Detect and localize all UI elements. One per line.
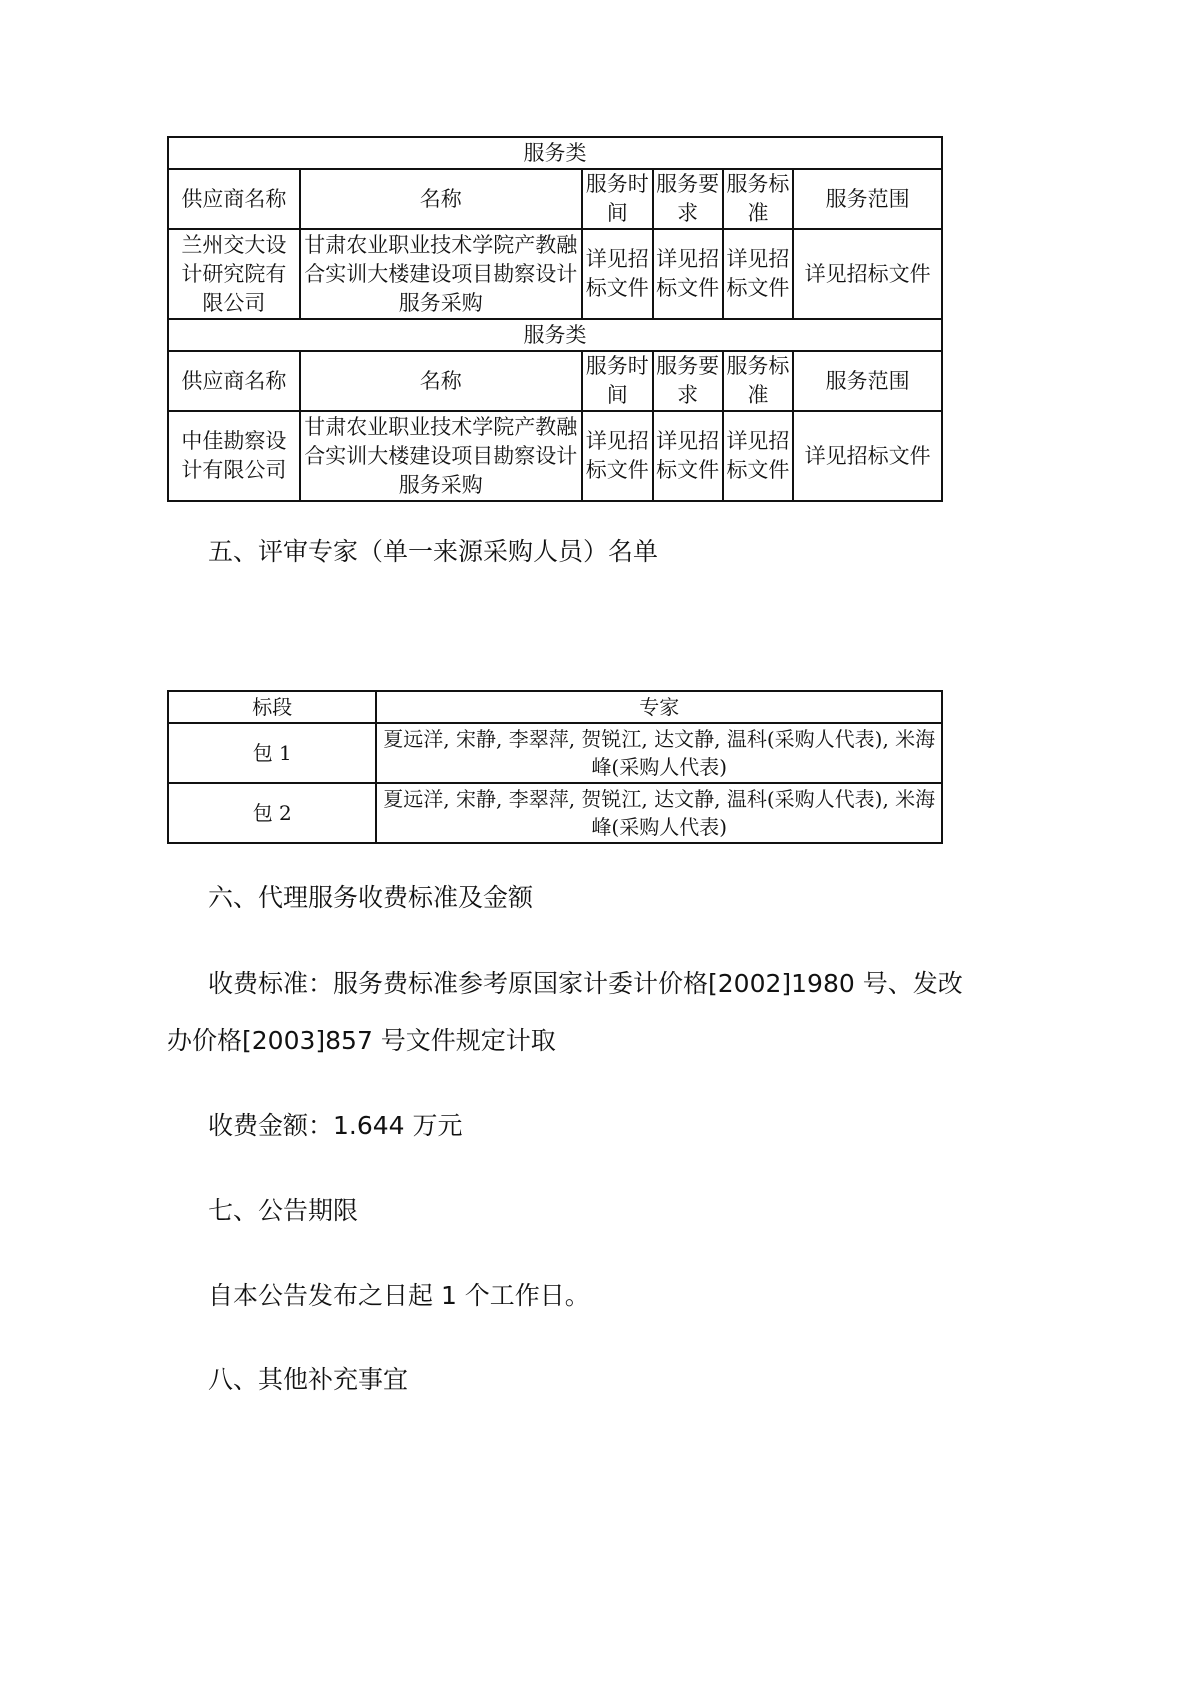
section6-heading: 六、代理服务收费标准及金额 xyxy=(208,882,533,914)
col-header-service-requirement: 服务要求 xyxy=(653,169,723,229)
col-header-service-requirement: 服务要求 xyxy=(653,351,723,411)
service-time-cell: 详见招标文件 xyxy=(582,411,653,501)
section8-heading: 八、其他补充事宜 xyxy=(208,1364,408,1396)
table-row: 中佳勘察设计有限公司 甘肃农业职业技术学院产教融合实训大楼建设项目勘察设计服务采… xyxy=(168,411,942,501)
col-header-supplier: 供应商名称 xyxy=(168,351,300,411)
service-standard-cell: 详见招标文件 xyxy=(723,411,794,501)
col-header-service-time: 服务时间 xyxy=(582,169,653,229)
col-header-name: 名称 xyxy=(300,169,582,229)
section7-heading: 七、公告期限 xyxy=(208,1195,358,1227)
col-header-service-standard: 服务标准 xyxy=(723,169,794,229)
experts-cell: 夏远洋, 宋静, 李翠萍, 贺锐江, 达文静, 温科(采购人代表), 米海峰(采… xyxy=(376,783,942,843)
service-standard-cell: 详见招标文件 xyxy=(723,229,794,319)
col-header-service-scope: 服务范围 xyxy=(793,351,942,411)
col-header-service-scope: 服务范围 xyxy=(793,169,942,229)
section5-heading: 五、评审专家（单一来源采购人员）名单 xyxy=(208,536,658,568)
supplier-cell: 兰州交大设计研究院有限公司 xyxy=(168,229,300,319)
service-table: 服务类 供应商名称 名称 服务时间 服务要求 服务标准 服务范围 兰州交大设计研… xyxy=(167,136,943,502)
fee-amount: 收费金额：1.644 万元 xyxy=(208,1110,463,1142)
supplier-cell: 中佳勘察设计有限公司 xyxy=(168,411,300,501)
service-scope-cell: 详见招标文件 xyxy=(793,411,942,501)
table-row: 包 1 夏远洋, 宋静, 李翠萍, 贺锐江, 达文静, 温科(采购人代表), 米… xyxy=(168,723,942,783)
project-name-cell: 甘肃农业职业技术学院产教融合实训大楼建设项目勘察设计服务采购 xyxy=(300,229,582,319)
category-header: 服务类 xyxy=(168,137,942,169)
col-header-service-standard: 服务标准 xyxy=(723,351,794,411)
project-name-cell: 甘肃农业职业技术学院产教融合实训大楼建设项目勘察设计服务采购 xyxy=(300,411,582,501)
table-row: 兰州交大设计研究院有限公司 甘肃农业职业技术学院产教融合实训大楼建设项目勘察设计… xyxy=(168,229,942,319)
category-header: 服务类 xyxy=(168,319,942,351)
table-row: 包 2 夏远洋, 宋静, 李翠萍, 贺锐江, 达文静, 温科(采购人代表), 米… xyxy=(168,783,942,843)
fee-standard-line2: 办价格[2003]857 号文件规定计取 xyxy=(167,1025,556,1057)
col-header-service-time: 服务时间 xyxy=(582,351,653,411)
lot-cell: 包 2 xyxy=(168,783,376,843)
fee-standard-line1: 收费标准：服务费标准参考原国家计委计价格[2002]1980 号、发改 xyxy=(208,968,963,1000)
announcement-period-text: 自本公告发布之日起 1 个工作日。 xyxy=(208,1280,590,1312)
service-scope-cell: 详见招标文件 xyxy=(793,229,942,319)
lot-cell: 包 1 xyxy=(168,723,376,783)
col-header-experts: 专家 xyxy=(376,691,942,723)
service-time-cell: 详见招标文件 xyxy=(582,229,653,319)
service-requirement-cell: 详见招标文件 xyxy=(653,229,723,319)
experts-cell: 夏远洋, 宋静, 李翠萍, 贺锐江, 达文静, 温科(采购人代表), 米海峰(采… xyxy=(376,723,942,783)
col-header-supplier: 供应商名称 xyxy=(168,169,300,229)
col-header-name: 名称 xyxy=(300,351,582,411)
col-header-lot: 标段 xyxy=(168,691,376,723)
service-requirement-cell: 详见招标文件 xyxy=(653,411,723,501)
expert-table: 标段 专家 包 1 夏远洋, 宋静, 李翠萍, 贺锐江, 达文静, 温科(采购人… xyxy=(167,690,943,844)
